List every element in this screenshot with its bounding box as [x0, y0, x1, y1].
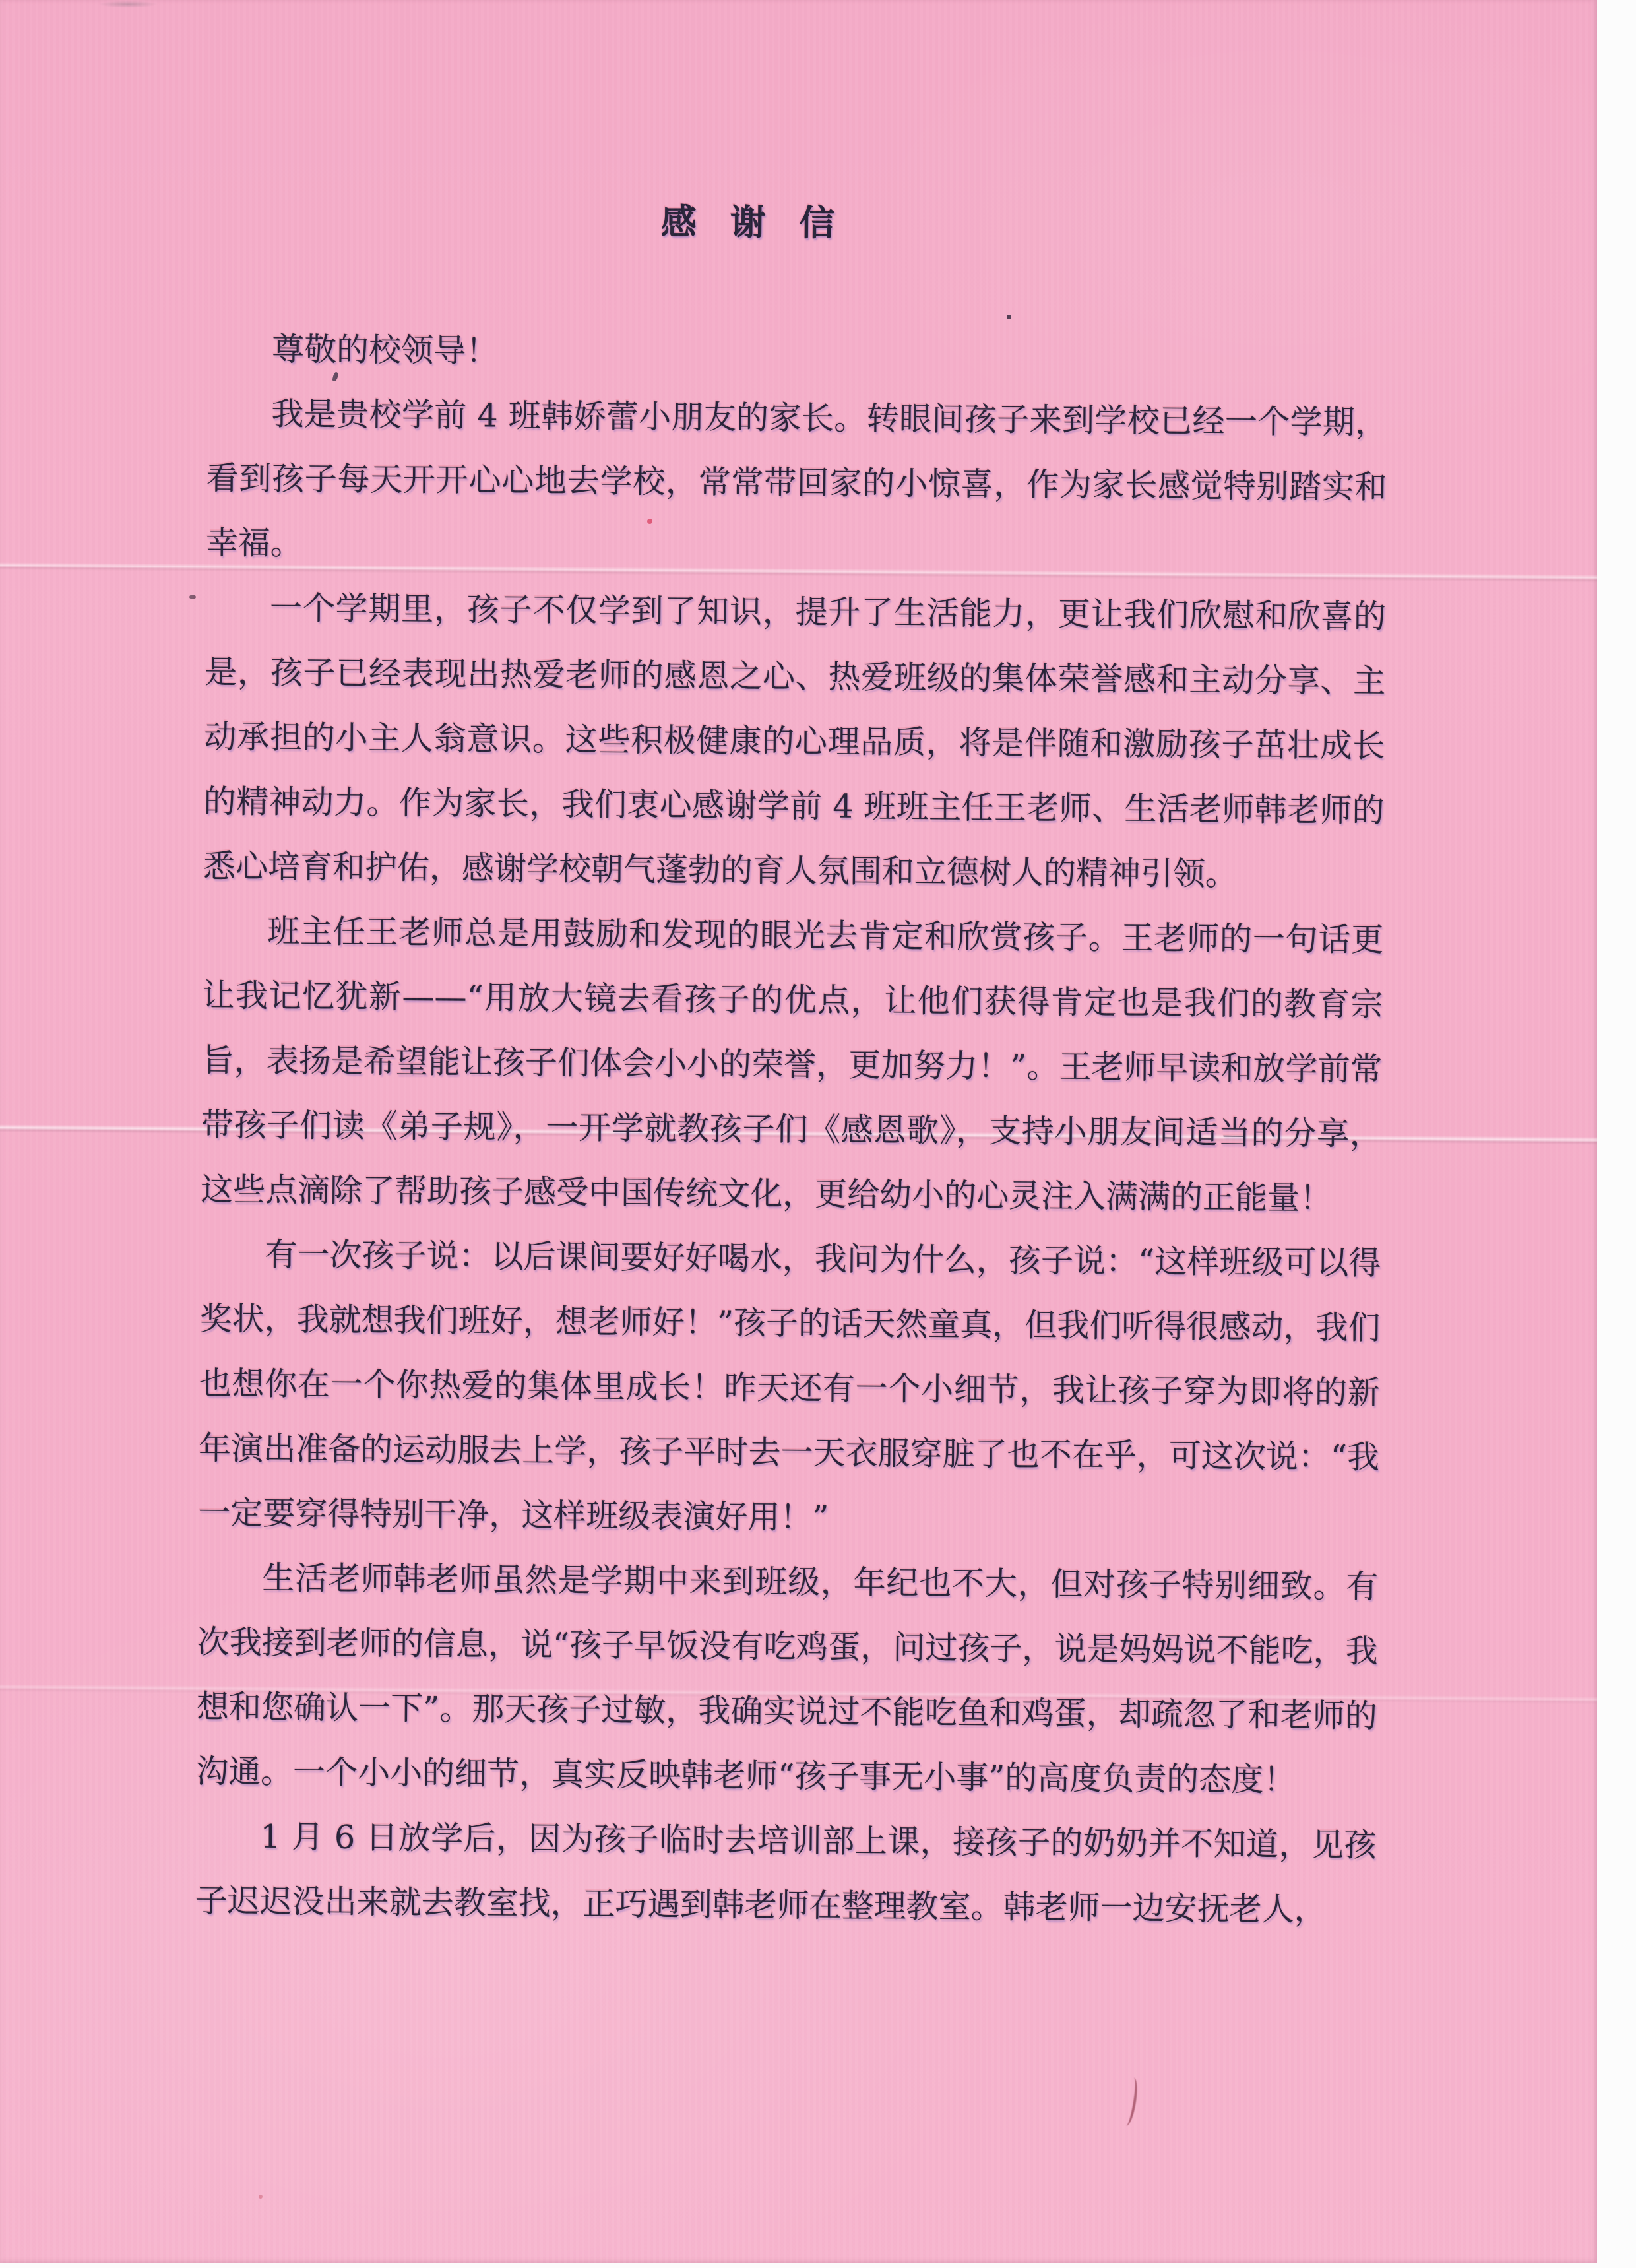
letter-body: 尊敬的校领导！ 我是贵校学前 4 班韩娇蕾小朋友的家长。转眼间孩子来到学校已经一… [195, 317, 1388, 1943]
letter-title: 感 谢 信 [160, 191, 1342, 253]
pink-paper-sheet: 感 谢 信 尊敬的校领导！ 我是贵校学前 4 班韩娇蕾小朋友的家长。转眼间孩子来… [0, 0, 1597, 2263]
crease-mark [1120, 2077, 1141, 2127]
letter-paragraph: 班主任王老师总是用鼓励和发现的眼光去肯定和欣赏孩子。王老师的一句话更让我记忆犹新… [201, 899, 1384, 1231]
ink-speck [189, 595, 196, 599]
letter-text-block: 感 谢 信 尊敬的校领导！ 我是贵校学前 4 班韩娇蕾小朋友的家长。转眼间孩子来… [195, 191, 1389, 1943]
letter-paragraph: 有一次孩子说：以后课间要好好喝水，我问为什么，孩子说：“这样班级可以得奖状，我就… [198, 1222, 1381, 1555]
scan-smudge [91, 0, 165, 9]
letter-paragraph: 一个学期里，孩子不仅学到了知识，提升了生活能力，更让我们欣慰和欣喜的是，孩子已经… [203, 575, 1387, 908]
red-speck [259, 2195, 263, 2199]
letter-paragraph: 生活老师韩老师虽然是学期中来到班级，年纪也不大，但对孩子特别细致。有次我接到老师… [196, 1545, 1379, 1813]
letter-salutation: 尊敬的校领导！ [207, 317, 1389, 391]
scanned-letter-page: { "document": { "kind": "scanned thank-y… [0, 0, 1636, 2268]
letter-paragraph: 我是贵校学前 4 班韩娇蕾小朋友的家长。转眼间孩子来到学校已经一个学期，看到孩子… [205, 381, 1387, 585]
letter-paragraph: 1 月 6 日放学后，因为孩子临时去培训部上课，接孩子的奶奶并不知道，见孩子迟迟… [195, 1804, 1376, 1943]
